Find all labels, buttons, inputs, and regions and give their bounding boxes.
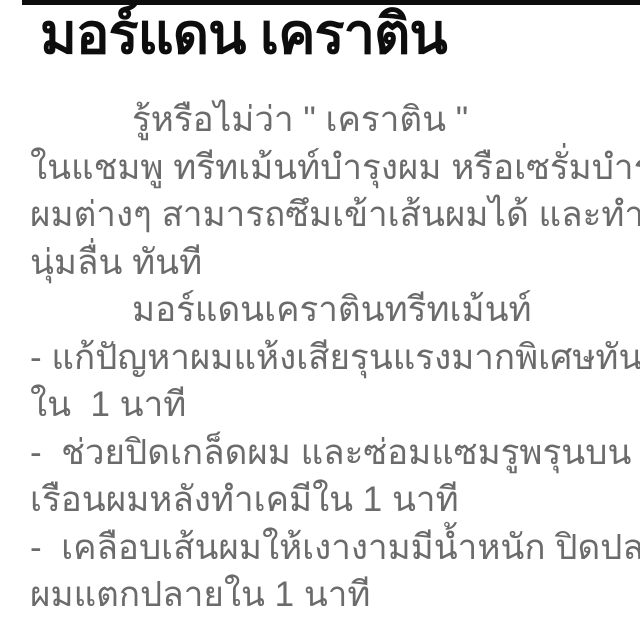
body-line: ใน 1 นาที [30, 381, 616, 429]
body-line: รู้หรือไม่ว่า " เคราติน " [30, 96, 616, 144]
page-title: มอร์แดน เคราติน [40, 6, 630, 62]
body-text: รู้หรือไม่ว่า " เคราติน " ในแชมพู ทรีทเม… [30, 96, 616, 619]
body-line: - เคลือบเส้นผมให้เงางามมีน้ำหนัก ปิดปลาย [30, 524, 616, 572]
body-line: - ช่วยปิดเกล็ดผม และซ่อมแซมรูพรุนบน [30, 429, 616, 477]
body-line: ผมต่างๆ สามารถซึมเข้าเส้นผมได้ และทำให้ผ… [30, 191, 616, 239]
body-line: ในแชมพู ทรีทเม้นท์บำรุงผม หรือเซรั่มบำรุ… [30, 144, 616, 192]
body-line: นุ่มลื่น ทันที [30, 239, 616, 287]
body-line: ผมแตกปลายใน 1 นาที [30, 571, 616, 619]
body-line: เรือนผมหลังทำเคมีใน 1 นาที [30, 476, 616, 524]
body-line: มอร์แดนเคราตินทรีทเม้นท์ [30, 286, 616, 334]
page: มอร์แดน เคราติน รู้หรือไม่ว่า " เคราติน … [0, 0, 640, 640]
body-line: - แก้ปัญหาผมแห้งเสียรุนแรงมากพิเศษทันใจ [30, 334, 616, 382]
